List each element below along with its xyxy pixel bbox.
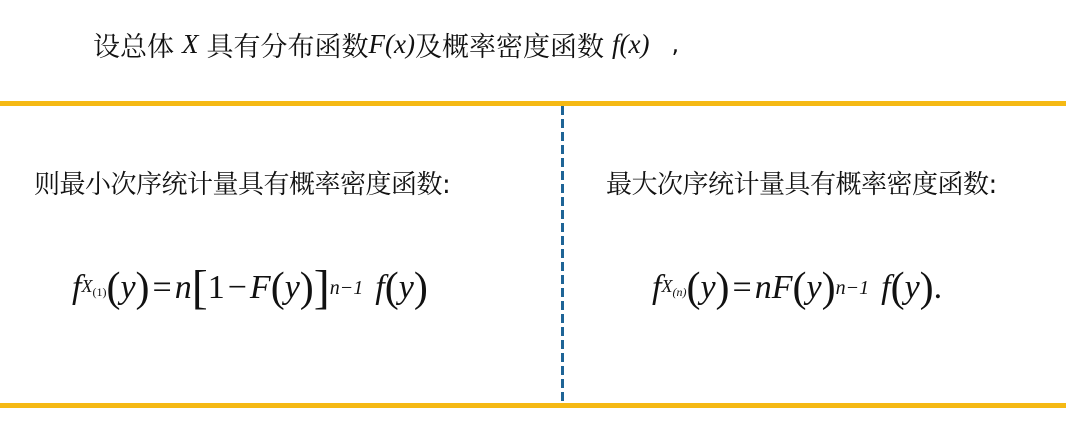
bottom-rule: [0, 403, 1066, 408]
max-order-statistic-formula: f X(n) ( y ) = nF ( y ) n−1 f ( y ) .: [652, 258, 942, 318]
subscript: X(1): [81, 276, 106, 300]
variable-x: X: [182, 29, 199, 60]
intro-prefix: 设总体: [93, 25, 174, 64]
dashed-divider: [561, 106, 564, 403]
exponent: n−1: [330, 277, 364, 300]
min-order-statistic-heading: 则最小次序统计量具有概率密度函数:: [34, 164, 450, 201]
subscript: X(n): [661, 276, 686, 300]
max-order-statistic-heading: 最大次序统计量具有概率密度函数:: [606, 164, 997, 201]
cdf-notation: F(x): [369, 29, 415, 60]
intro-comma: ,: [671, 30, 679, 58]
intro-mid2: 及概率密度函数: [415, 25, 604, 64]
intro-sentence: 设总体 X 具有分布函数 F(x) 及概率密度函数 f(x) ,: [93, 22, 679, 66]
min-order-statistic-formula: f X(1) ( y ) = n [ 1 − F ( y ) ] n−1 f (…: [72, 258, 428, 318]
exponent: n−1: [836, 277, 870, 300]
intro-mid: 具有分布函数: [207, 25, 369, 64]
top-rule: [0, 101, 1066, 106]
pdf-notation: f(x): [612, 29, 649, 60]
